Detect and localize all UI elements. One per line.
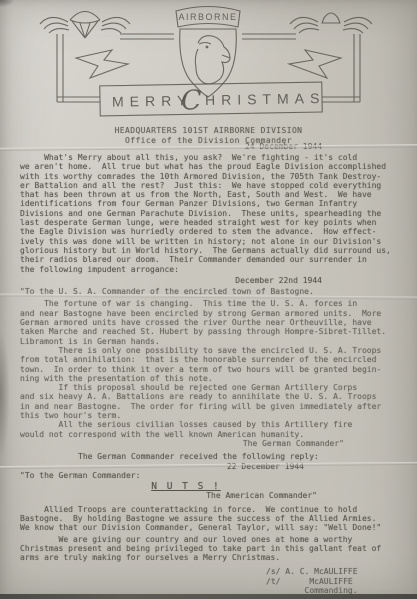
letter-body: What's Merry about all this, you ask? We… [20,153,399,596]
nuts-message: N U T S ! [20,482,352,491]
closing-paragraph-2: We are giving our country and our loved … [20,535,399,563]
letter-date: 24 December 1944 [245,142,322,151]
opening-paragraph: What's Merry about all this, you ask? We… [20,153,399,274]
glider-wings-icon [290,13,372,33]
german-letter-paragraph-4: All the serious civilian losses caused b… [20,420,399,439]
airborne-tab: AIRBORNE [176,7,240,28]
letter-page: AIRBORNE MERRY C HRISTMAS HEADQUARTERS 1… [0,0,417,599]
banner-text-hristmas: HRISTMAS [205,90,326,108]
german-letter-salutation: "To the U. S. A. Commander of the encirc… [20,287,399,296]
parachutist-wings-icon [40,12,130,39]
top-left-corner-mark [0,0,14,7]
left-edge-smudge [0,330,10,460]
right-streamer [289,50,341,78]
american-commander-signature: The American Commander" [20,491,399,500]
left-streamer [76,50,128,78]
letterhead-artwork: AIRBORNE MERRY C HRISTMAS [0,0,417,118]
letterhead: HEADQUARTERS 101ST AIRBORNE DIVISION Off… [0,126,417,146]
signature-block: /s/ A. C. McAULIFFE /t/ McAULIFFE Comman… [20,567,399,596]
german-letter-paragraph-1: The fortune of war is changing. This tim… [20,299,399,345]
banner-text-script-c: C [181,85,203,116]
reply-intro: The German Commander received the follow… [20,452,399,461]
airborne-tab-label: AIRBORNE [178,12,237,22]
german-commander-signature: The German Commander" [20,439,399,448]
reply-salutation: "To the German Commander: [20,471,399,480]
photo-bottom-edge [0,594,417,599]
letterhead-office-line: Office of the Division Commander [0,136,417,146]
german-letter-paragraph-2: There is only one possibility to save th… [20,346,399,383]
german-letter-paragraph-3: If this proposal should be rejected one … [20,383,399,420]
letterhead-org-line: HEADQUARTERS 101ST AIRBORNE DIVISION [0,126,417,136]
reply-date: 22 December 1944 [20,462,399,471]
german-letter-date: December 22nd 1944 [20,276,399,285]
merry-christmas-banner: MERRY C HRISTMAS [100,82,326,118]
closing-paragraph-1: Allied Troops are counterattacking in fo… [20,505,399,533]
